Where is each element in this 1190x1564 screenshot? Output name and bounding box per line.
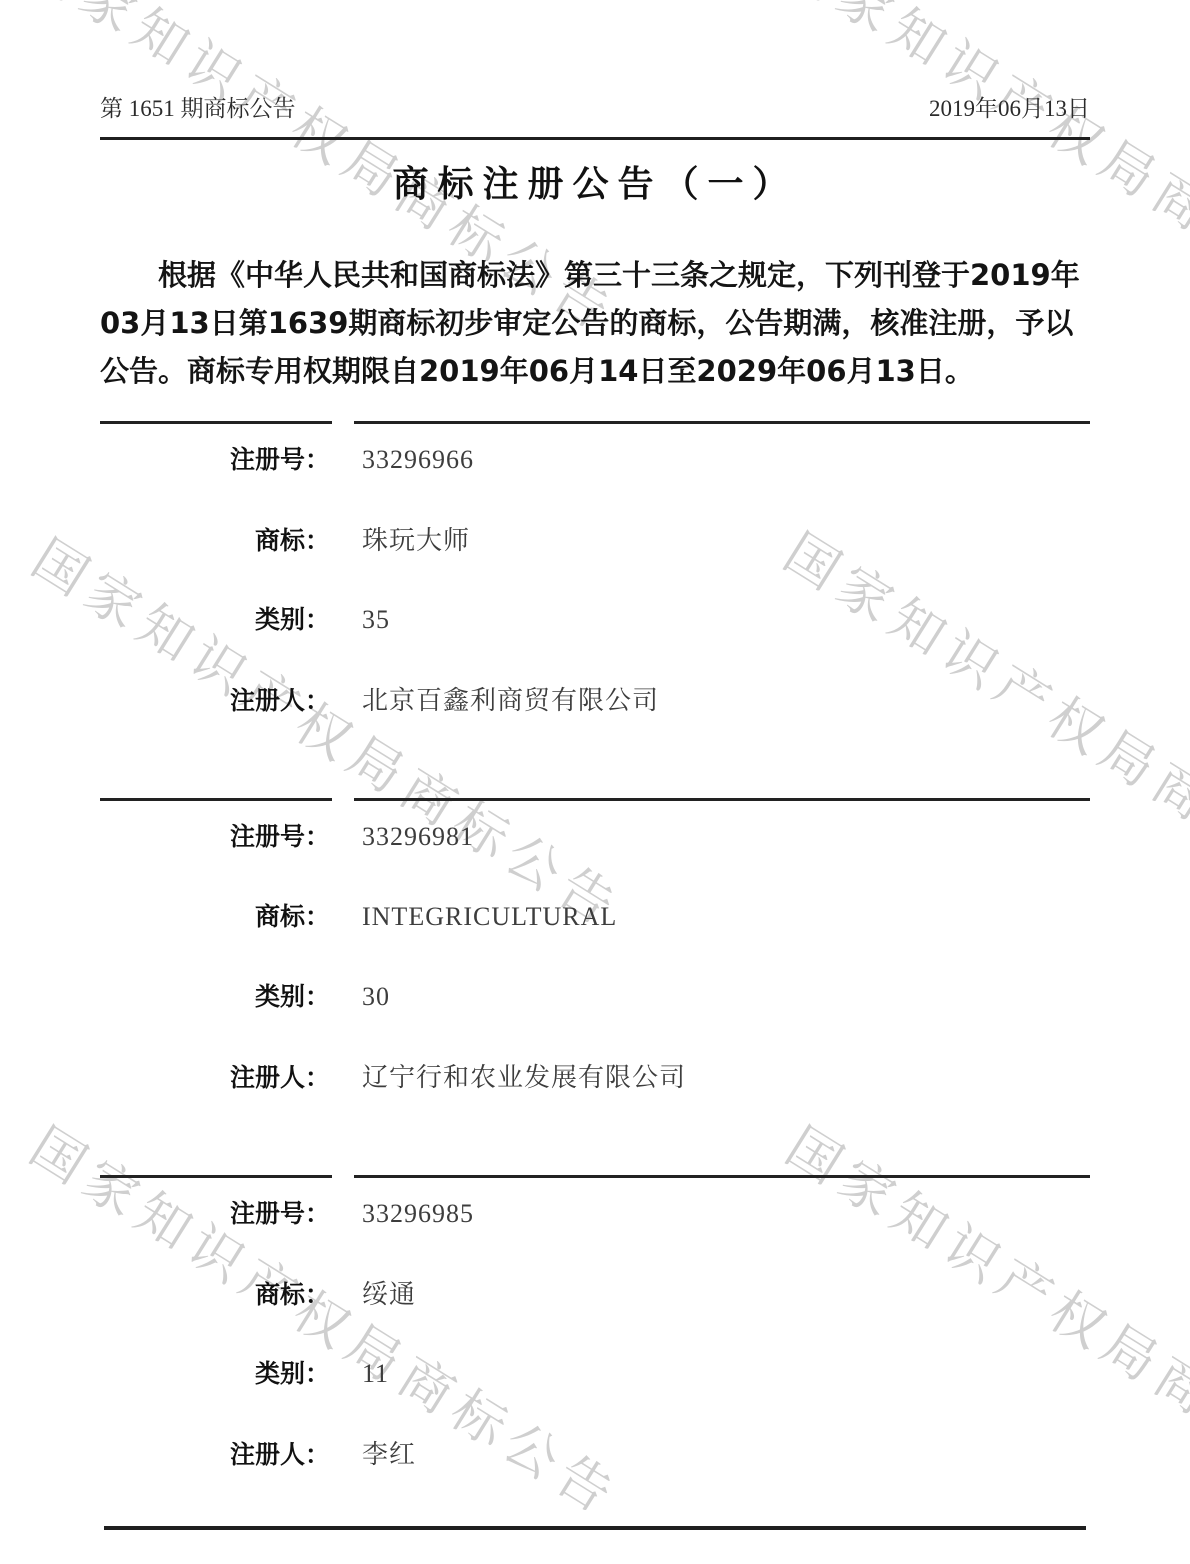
divider-gap	[332, 1175, 354, 1178]
registrant-value: 北京百鑫利商贸有限公司	[362, 680, 659, 717]
registrant-label: 注册人：	[100, 681, 330, 717]
registration-number-row: 注册号： 33296966	[100, 440, 1090, 472]
page-content: 第 1651 期商标公告 2019年06月13日 商标注册公告（一） 根据《中华…	[0, 0, 1190, 1530]
registrant-value: 李红	[362, 1434, 416, 1471]
trademark-row: 商标： 珠玩大师	[100, 520, 1090, 552]
class-value: 11	[362, 1359, 389, 1389]
publication-date: 2019年06月13日	[929, 90, 1090, 123]
divider-segment	[354, 421, 1090, 424]
intro-paragraph: 根据《中华人民共和国商标法》第三十三条之规定，下列刊登于2019年 03月13日…	[100, 251, 1090, 395]
class-value: 30	[362, 982, 390, 1012]
divider-segment	[100, 421, 332, 424]
registrant-row: 注册人： 辽宁行和农业发展有限公司	[100, 1057, 1090, 1089]
issue-number: 第 1651 期商标公告	[100, 90, 296, 123]
class-label: 类别：	[100, 977, 330, 1013]
intro-line: 根据《中华人民共和国商标法》第三十三条之规定，下列刊登于2019年	[100, 251, 1090, 299]
trademark-label: 商标：	[100, 897, 330, 933]
gazette-page: 国家知识产权局商标公告 国家知识产权局商标公告 国家知识产权局商标公告 国家知识…	[0, 0, 1190, 1564]
class-value: 35	[362, 605, 390, 635]
registration-number-label: 注册号：	[100, 1194, 330, 1230]
trademark-row: 商标： 绥通	[100, 1274, 1090, 1306]
registration-number-row: 注册号： 33296985	[100, 1194, 1090, 1226]
registration-number-value: 33296985	[362, 1199, 474, 1229]
registration-number-label: 注册号：	[100, 440, 330, 476]
record-divider	[100, 421, 1090, 424]
trademark-record: 注册号： 33296981 商标： INTEGRICULTURAL 类别： 30…	[100, 801, 1090, 1149]
record-divider	[100, 1175, 1090, 1178]
class-row: 类别： 11	[100, 1354, 1090, 1386]
intro-line: 公告。商标专用权期限自2019年06月14日至2029年06月13日。	[100, 347, 1090, 395]
header-divider	[100, 137, 1090, 140]
registrant-value: 辽宁行和农业发展有限公司	[362, 1057, 686, 1094]
trademark-row: 商标： INTEGRICULTURAL	[100, 897, 1090, 929]
registrant-label: 注册人：	[100, 1435, 330, 1471]
record-divider	[100, 798, 1090, 801]
divider-gap	[332, 421, 354, 424]
trademark-record: 注册号： 33296966 商标： 珠玩大师 类别： 35 注册人： 北京百鑫利…	[100, 424, 1090, 772]
registration-number-value: 33296966	[362, 445, 474, 475]
registrant-row: 注册人： 李红	[100, 1434, 1090, 1466]
divider-gap	[332, 798, 354, 801]
divider-segment	[100, 1175, 332, 1178]
class-row: 类别： 35	[100, 600, 1090, 632]
class-label: 类别：	[100, 600, 330, 636]
bottom-divider	[104, 1526, 1086, 1530]
trademark-value: 绥通	[362, 1274, 416, 1311]
page-header: 第 1651 期商标公告 2019年06月13日	[100, 90, 1090, 123]
class-row: 类别： 30	[100, 977, 1090, 1009]
registrant-label: 注册人：	[100, 1058, 330, 1094]
divider-segment	[354, 798, 1090, 801]
registration-number-value: 33296981	[362, 822, 474, 852]
divider-segment	[354, 1175, 1090, 1178]
registration-number-row: 注册号： 33296981	[100, 817, 1090, 849]
trademark-record: 注册号： 33296985 商标： 绥通 类别： 11 注册人： 李红	[100, 1178, 1090, 1526]
intro-line: 03月13日第1639期商标初步审定公告的商标，公告期满，核准注册，予以	[100, 299, 1090, 347]
registration-number-label: 注册号：	[100, 817, 330, 853]
divider-segment	[100, 798, 332, 801]
class-label: 类别：	[100, 1354, 330, 1390]
trademark-value: INTEGRICULTURAL	[362, 902, 617, 932]
registrant-row: 注册人： 北京百鑫利商贸有限公司	[100, 680, 1090, 712]
trademark-label: 商标：	[100, 1275, 330, 1311]
trademark-value: 珠玩大师	[362, 520, 470, 557]
page-title: 商标注册公告（一）	[100, 156, 1090, 207]
trademark-label: 商标：	[100, 521, 330, 557]
